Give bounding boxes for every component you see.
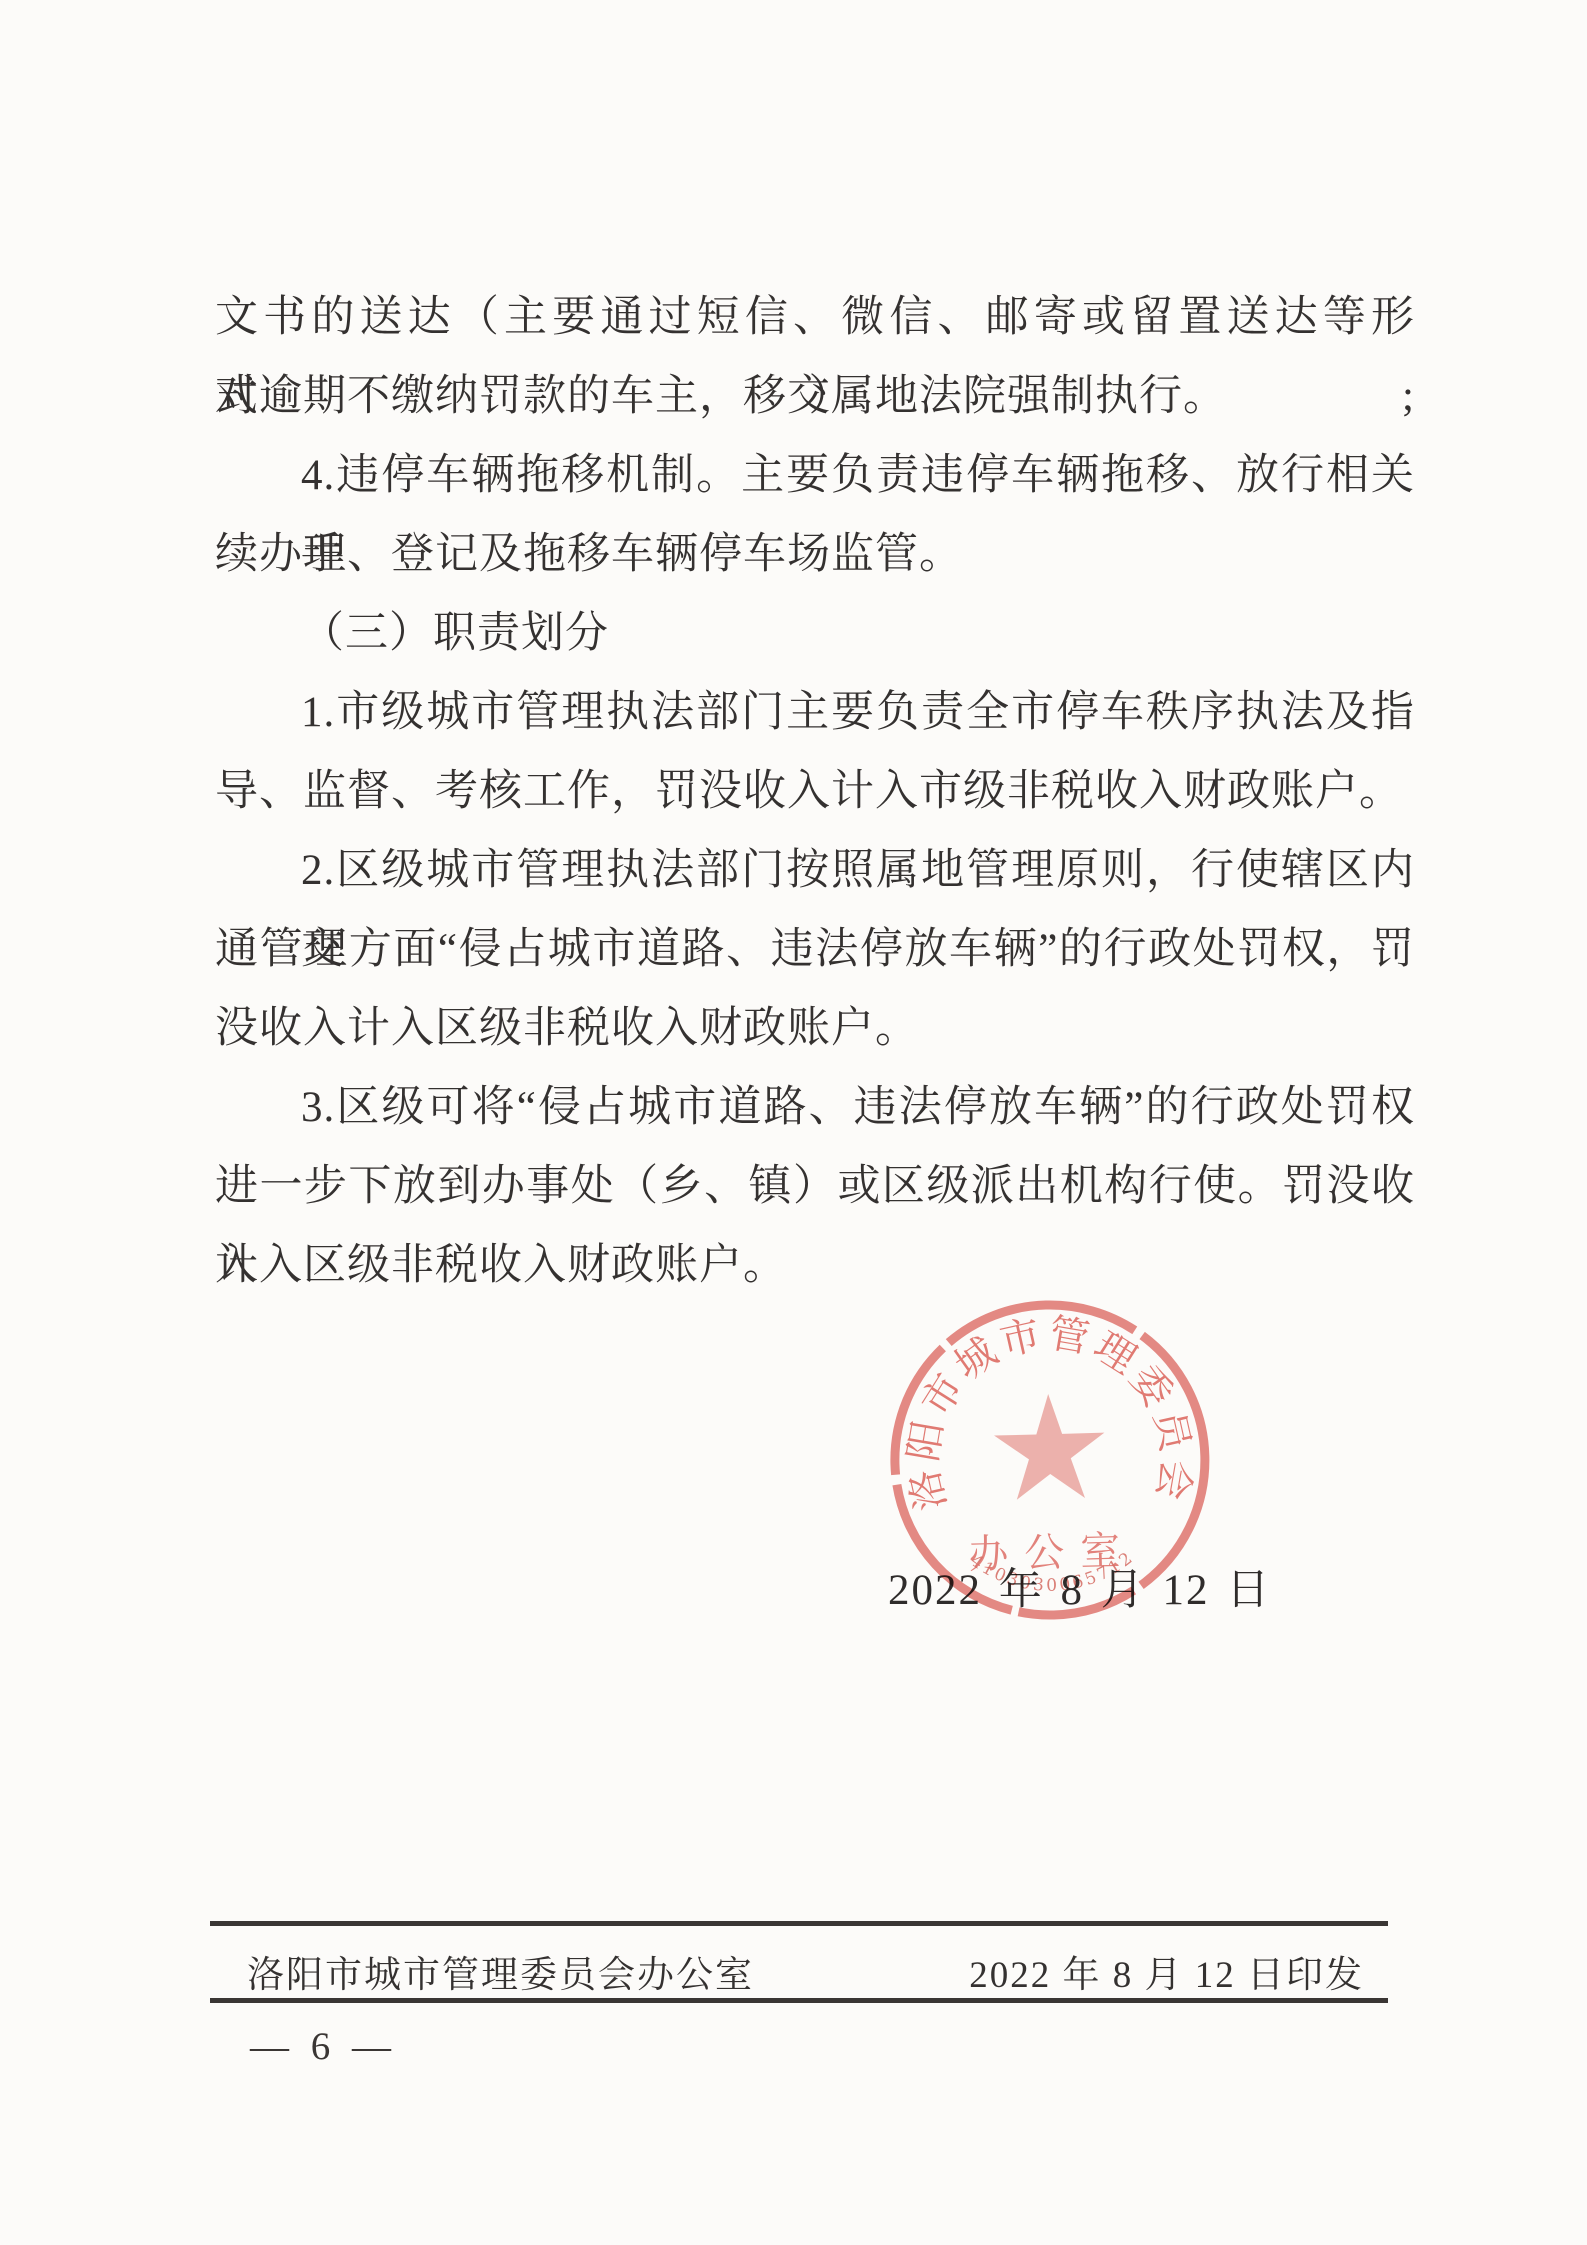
- body-line: 通管理方面“侵占城市道路、违法停放车辆”的行政处罚权，罚: [215, 910, 1415, 989]
- footer-row: 洛阳市城市管理委员会办公室 2022 年 8 月 12 日印发: [210, 1944, 1388, 1998]
- body-line: 2.区级城市管理执法部门按照属地管理原则，行使辖区内交: [215, 831, 1415, 910]
- body-line: 1.市级城市管理执法部门主要负责全市停车秩序执法及指: [215, 673, 1415, 752]
- body-line: 3.区级可将“侵占城市道路、违法停放车辆”的行政处罚权: [215, 1068, 1415, 1147]
- seal-star-icon: [993, 1393, 1106, 1501]
- footer-bottom-rule: [210, 1998, 1388, 2003]
- body-line: 4.违停车辆拖移机制。主要负责违停车辆拖移、放行相关手: [215, 436, 1415, 515]
- body-line: 没收入计入区级非税收入财政账户。: [215, 989, 1415, 1068]
- body-line: 续办理、登记及拖移车辆停车场监管。: [215, 515, 1415, 594]
- footer-top-rule: [210, 1921, 1388, 1926]
- body-line: 导、监督、考核工作，罚没收入计入市级非税收入财政账户。: [215, 752, 1415, 831]
- body-line: 文书的送达（主要通过短信、微信、邮寄或留置送达等形式）;: [215, 278, 1415, 357]
- official-seal: 洛阳市城市管理委员会 办公室 4103030065712: [874, 1288, 1227, 1641]
- body-line: 进一步下放到办事处（乡、镇）或区级派出机构行使。罚没收入: [215, 1147, 1415, 1226]
- footer-issuer: 洛阳市城市管理委员会办公室: [247, 1944, 754, 1998]
- footer-print-date: 2022 年 8 月 12 日印发: [969, 1944, 1364, 1998]
- body-line: 计入区级非税收入财政账户。: [215, 1226, 1415, 1305]
- page-number: — 6 —: [250, 2024, 397, 2069]
- body-text: 文书的送达（主要通过短信、微信、邮寄或留置送达等形式）;对逾期不缴纳罚款的车主，…: [215, 278, 1415, 1305]
- document-page: 文书的送达（主要通过短信、微信、邮寄或留置送达等形式）;对逾期不缴纳罚款的车主，…: [0, 0, 1587, 2245]
- body-line: （三）职责划分: [215, 594, 1415, 673]
